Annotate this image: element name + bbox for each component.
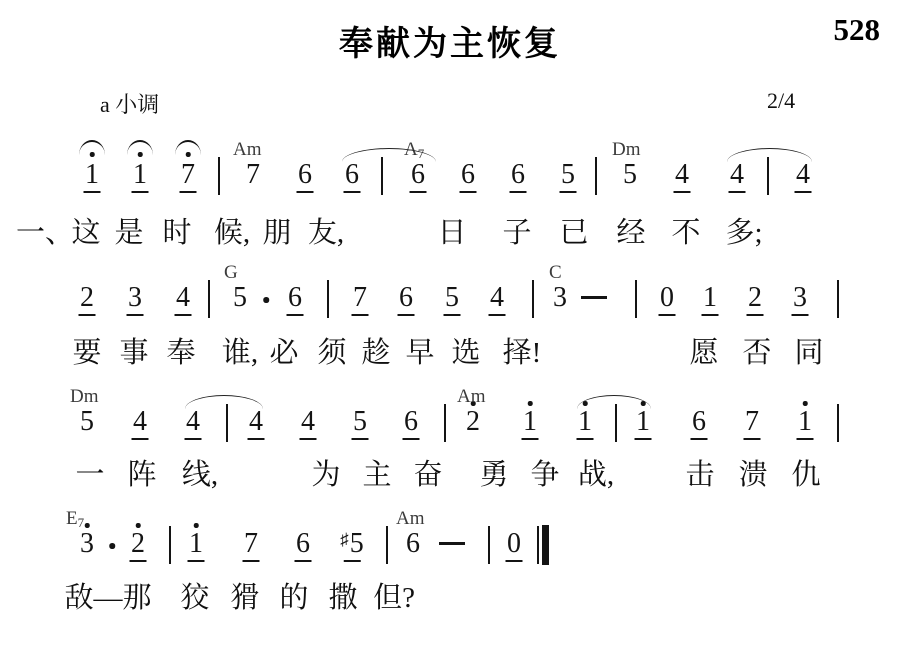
barline (837, 280, 839, 318)
note-number: 1 (798, 408, 812, 436)
note: 3 (553, 284, 567, 312)
barline (218, 157, 220, 195)
note: 4 (301, 408, 315, 436)
eighth-underline (188, 560, 205, 562)
eighth-underline (248, 438, 265, 440)
chord-root: Am (457, 386, 486, 407)
eighth-underline (691, 438, 708, 440)
note-number: 1 (523, 408, 537, 436)
lyric-syllable: 必 (269, 339, 298, 368)
tie-arc (727, 148, 812, 162)
lyric-syllable: 的 (279, 584, 308, 613)
lyric-syllable: 否 (742, 339, 771, 368)
lyric-syllable: 同 (794, 339, 823, 368)
chord-label: G (224, 263, 238, 282)
eighth-underline (175, 314, 192, 316)
note-number: 4 (301, 408, 315, 436)
eighth-underline (510, 191, 527, 193)
chord-root: C (549, 262, 562, 283)
eighth-underline (130, 560, 147, 562)
note: 6 (399, 284, 413, 312)
eighth-underline (792, 314, 809, 316)
eighth-underline (295, 560, 312, 562)
note: 5 (233, 284, 247, 312)
note: 6 (288, 284, 302, 312)
eighth-underline (185, 438, 202, 440)
note-number: 1 (189, 530, 203, 558)
barline (327, 280, 329, 318)
octave-dot-icon (803, 401, 808, 406)
note: 7 (244, 530, 258, 558)
lyric-syllable: 须 (317, 339, 346, 368)
half-note-dash (581, 296, 607, 299)
note-number: 6 (511, 161, 525, 189)
note-number: 6 (404, 408, 418, 436)
note: 2 (748, 284, 762, 312)
lyric-syllable: 战, (578, 461, 614, 490)
lyric-syllable: 勇 (479, 461, 508, 490)
eighth-underline (635, 438, 652, 440)
note-number: 7 (181, 161, 195, 189)
barline (532, 280, 534, 318)
chord-root: E (66, 508, 78, 529)
note: 1 (703, 284, 717, 312)
fermata-dot-icon (186, 152, 191, 157)
note-number: 7 (244, 530, 258, 558)
barline (635, 280, 637, 318)
note: 2 (131, 530, 145, 558)
note: 2 (466, 408, 480, 436)
lyric-syllable: 事 (119, 339, 148, 368)
lyric-syllable: 时 (162, 219, 191, 248)
eighth-underline (674, 191, 691, 193)
note-number: 7 (745, 408, 759, 436)
note: 5 (445, 284, 459, 312)
eighth-underline (489, 314, 506, 316)
lyric-syllable: 候, (214, 219, 250, 248)
octave-dot-icon (136, 523, 141, 528)
chord-root: Dm (70, 386, 99, 407)
eighth-underline (403, 438, 420, 440)
lyric-syllable: 是 (114, 219, 143, 248)
note-number: 5 (623, 161, 637, 189)
note: 4 (490, 284, 504, 312)
note-number: 3 (553, 284, 567, 312)
note-number: 0 (660, 284, 674, 312)
hymn-number: 528 (834, 12, 881, 48)
note-number: 5 (233, 284, 247, 312)
note-number: 2 (80, 284, 94, 312)
eighth-underline (132, 438, 149, 440)
note-number: 6 (692, 408, 706, 436)
final-barline-thin (537, 526, 539, 564)
eighth-underline (577, 438, 594, 440)
eighth-underline (797, 438, 814, 440)
note: 7 (353, 284, 367, 312)
lyric-syllable: 奉 (166, 339, 195, 368)
note: 7 (181, 161, 195, 189)
note-number: 6 (461, 161, 475, 189)
note: 0 (660, 284, 674, 312)
note: 4 (186, 408, 200, 436)
barline (226, 404, 228, 442)
eighth-underline (84, 191, 101, 193)
note: 3 (793, 284, 807, 312)
augmentation-dot (109, 543, 115, 549)
lyric-syllable: 撒 (328, 584, 357, 613)
lyric-syllable: 多; (725, 219, 762, 248)
eighth-underline (747, 314, 764, 316)
note-number: 4 (133, 408, 147, 436)
page-title: 奉献为主恢复 (0, 16, 900, 65)
note: 5 (80, 408, 94, 436)
hymn-sheet: 奉献为主恢复 528 a 小调 2/4 11776666655444AmA7Dm… (0, 0, 900, 645)
note: 4 (133, 408, 147, 436)
octave-dot-icon (528, 401, 533, 406)
octave-dot-icon (85, 523, 90, 528)
note: 2 (80, 284, 94, 312)
lyric-syllable: 阵 (127, 461, 156, 490)
note: 6 (692, 408, 706, 436)
chord-root: Dm (612, 139, 641, 160)
lyric-syllable: 争 (530, 461, 559, 490)
lyric-syllable: 趁 (361, 339, 390, 368)
eighth-underline (398, 314, 415, 316)
lyric-syllable: 仇 (791, 461, 820, 490)
note-number: 5 (80, 408, 94, 436)
note: 6 (296, 530, 310, 558)
note: 7 (246, 161, 260, 189)
eighth-underline (180, 191, 197, 193)
note: ♯5 (340, 530, 364, 558)
lyric-syllable: 子 (502, 219, 531, 248)
barline (386, 526, 388, 564)
eighth-underline (560, 191, 577, 193)
note: 3 (80, 530, 94, 558)
note-number: 4 (176, 284, 190, 312)
eighth-underline (287, 314, 304, 316)
lyric-syllable: 愿 (689, 339, 718, 368)
note: 1 (636, 408, 650, 436)
note-number: 3 (80, 530, 94, 558)
note-number: 6 (406, 530, 420, 558)
note: 5 (561, 161, 575, 189)
note-number: 5 (350, 530, 364, 558)
note: 6 (406, 530, 420, 558)
lyric-syllable: 狡 (180, 584, 209, 613)
eighth-underline (79, 314, 96, 316)
note: 6 (411, 161, 425, 189)
lyric-syllable: 猾 (230, 584, 259, 613)
note-number: 6 (411, 161, 425, 189)
note-number: 5 (561, 161, 575, 189)
eighth-underline (352, 438, 369, 440)
lyric-syllable: 击 (685, 461, 714, 490)
note: 0 (507, 530, 521, 558)
chord-label: Dm (612, 140, 641, 159)
note: 6 (511, 161, 525, 189)
eighth-underline (352, 314, 369, 316)
note: 5 (623, 161, 637, 189)
eighth-underline (344, 560, 361, 562)
barline (488, 526, 490, 564)
lyric-syllable: 主 (362, 461, 391, 490)
barline (444, 404, 446, 442)
chord-root: Am (396, 508, 425, 529)
note-number: 2 (131, 530, 145, 558)
barline (381, 157, 383, 195)
barline (208, 280, 210, 318)
key-signature: a 小调 (100, 88, 159, 119)
note: 4 (796, 161, 810, 189)
note: 1 (133, 161, 147, 189)
eighth-underline (522, 438, 539, 440)
chord-label: Am (457, 387, 486, 406)
note-number: 5 (445, 284, 459, 312)
lyric-syllable: 线, (182, 461, 218, 490)
lyric-syllable: 敌—那 (64, 584, 151, 613)
eighth-underline (243, 560, 260, 562)
lyric-syllable: 择! (503, 339, 542, 368)
note: 1 (798, 408, 812, 436)
eighth-underline (127, 314, 144, 316)
note: 3 (128, 284, 142, 312)
lyric-syllable: 奋 (413, 461, 442, 490)
tie-arc (577, 395, 651, 409)
note-number: 4 (490, 284, 504, 312)
lyric-syllable: 一、 (16, 219, 74, 248)
lyric-syllable: 已 (559, 219, 588, 248)
tie-arc (185, 395, 263, 409)
note: 6 (345, 161, 359, 189)
note-number: 1 (703, 284, 717, 312)
lyric-syllable: 不 (671, 219, 700, 248)
final-barline-thick (542, 525, 549, 565)
lyric-syllable: 为 (311, 461, 340, 490)
note: 1 (523, 408, 537, 436)
chord-root: Am (233, 139, 262, 160)
half-note-dash (439, 542, 465, 545)
lyric-syllable: 但? (373, 584, 415, 613)
note-number: 6 (399, 284, 413, 312)
note-number: 4 (730, 161, 744, 189)
barline (595, 157, 597, 195)
sharp-icon: ♯ (340, 530, 349, 549)
lyric-syllable: 早 (405, 339, 434, 368)
lyric-syllable: 溃 (738, 461, 767, 490)
note-number: 6 (288, 284, 302, 312)
barline (767, 157, 769, 195)
barline (169, 526, 171, 564)
note-number: 7 (246, 161, 260, 189)
note-number: 4 (186, 408, 200, 436)
note-number: 6 (296, 530, 310, 558)
note: 4 (249, 408, 263, 436)
chord-label: Am (233, 140, 262, 159)
lyric-syllable: 这 (71, 219, 100, 248)
eighth-underline (659, 314, 676, 316)
lyric-syllable: 谁, (222, 339, 258, 368)
note: 4 (730, 161, 744, 189)
note: 1 (85, 161, 99, 189)
note: 1 (578, 408, 592, 436)
eighth-underline (744, 438, 761, 440)
eighth-underline (344, 191, 361, 193)
note-number: 1 (85, 161, 99, 189)
eighth-underline (297, 191, 314, 193)
note: 4 (176, 284, 190, 312)
note-number: 1 (636, 408, 650, 436)
note-number: 2 (748, 284, 762, 312)
note-number: 1 (578, 408, 592, 436)
eighth-underline (795, 191, 812, 193)
lyric-syllable: 一 (75, 461, 104, 490)
note: 7 (745, 408, 759, 436)
chord-label: E7 (66, 509, 84, 529)
lyric-syllable: 友, (308, 219, 344, 248)
eighth-underline (132, 191, 149, 193)
augmentation-dot (263, 297, 269, 303)
eighth-underline (444, 314, 461, 316)
note: 6 (404, 408, 418, 436)
note: 6 (461, 161, 475, 189)
barline (615, 404, 617, 442)
note-number: 1 (133, 161, 147, 189)
barline (837, 404, 839, 442)
eighth-underline (410, 191, 427, 193)
fermata-dot-icon (138, 152, 143, 157)
chord-label: Am (396, 509, 425, 528)
chord-root: G (224, 262, 238, 283)
eighth-underline (300, 438, 317, 440)
note-number: 4 (249, 408, 263, 436)
note-number: 4 (796, 161, 810, 189)
time-signature: 2/4 (767, 88, 795, 114)
note: 4 (675, 161, 689, 189)
chord-seventh: 7 (78, 515, 85, 530)
eighth-underline (729, 191, 746, 193)
note-number: 5 (353, 408, 367, 436)
note: 5 (353, 408, 367, 436)
note-number: 7 (353, 284, 367, 312)
eighth-underline (460, 191, 477, 193)
lyric-syllable: 日 (437, 219, 466, 248)
eighth-underline (506, 560, 523, 562)
note: 1 (189, 530, 203, 558)
note-number: 6 (298, 161, 312, 189)
note: 6 (298, 161, 312, 189)
note-number: 3 (793, 284, 807, 312)
chord-label: C (549, 263, 562, 282)
eighth-underline (702, 314, 719, 316)
lyric-syllable: 要 (72, 339, 101, 368)
note-number: 2 (466, 408, 480, 436)
note-number: 4 (675, 161, 689, 189)
note-number: 3 (128, 284, 142, 312)
chord-label: Dm (70, 387, 99, 406)
lyric-syllable: 经 (616, 219, 645, 248)
lyric-syllable: 朋 (262, 219, 291, 248)
note-number: 0 (507, 530, 521, 558)
fermata-dot-icon (90, 152, 95, 157)
note-number: 6 (345, 161, 359, 189)
lyric-syllable: 选 (451, 339, 480, 368)
octave-dot-icon (194, 523, 199, 528)
